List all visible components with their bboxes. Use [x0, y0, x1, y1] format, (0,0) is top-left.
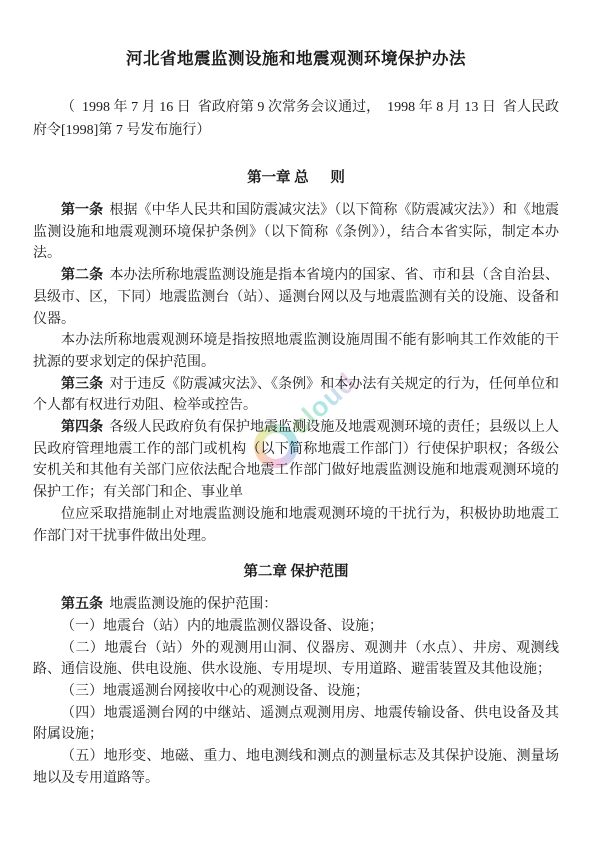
article-5-item-3: （三）地震遥测台网接收中心的观测设备、设施；: [33, 681, 559, 703]
preamble: （ 1998 年 7 月 16 日 省政府第 9 次常务会议通过， 1998 年…: [33, 96, 559, 142]
article-4-label: 第四条: [61, 420, 103, 435]
document-title: 河北省地震监测设施和地震观测环境保护办法: [33, 48, 559, 70]
article-1: 第一条根据《中华人民共和国防震减灾法》（以下简称《防震减灾法》）和《地震监测设施…: [33, 200, 559, 265]
article-5-item-1: （一）地震台（站）内的地震监测仪器设备、设施；: [33, 616, 559, 638]
article-3-text: 对于违反《防震减灾法》、《条例》和本办法有关规定的行为，任何单位和个人都有权进行…: [33, 377, 559, 414]
article-1-label: 第一条: [61, 203, 103, 218]
article-5-text: 地震监测设施的保护范围：: [109, 597, 277, 612]
article-2-label: 第二条: [61, 268, 103, 283]
article-1-text: 根据《中华人民共和国防震减灾法》（以下简称《防震减灾法》）和《地震监测设施和地震…: [33, 203, 559, 261]
article-5-label: 第五条: [61, 597, 103, 612]
document-page: cloud 河北省地震监测设施和地震观测环境保护办法 （ 1998 年 7 月 …: [0, 0, 595, 841]
article-2-paragraph-2: 本办法所称地震观测环境是指按照地震监测设施周围不能有影响其工作效能的干扰源的要求…: [33, 330, 559, 373]
article-3-label: 第三条: [61, 377, 103, 392]
article-2: 第二条本办法所称地震监测设施是指本省境内的国家、省、市和县（含自治县、县级市、区…: [33, 265, 559, 330]
article-5: 第五条地震监测设施的保护范围：: [33, 594, 559, 616]
article-2-text: 本办法所称地震监测设施是指本省境内的国家、省、市和县（含自治县、县级市、区，下同…: [33, 268, 559, 326]
chapter-2-heading: 第二章 保护范围: [33, 562, 559, 582]
article-5-item-2: （二）地震台（站）外的观测用山洞、仪器房、观测井（水点）、井房、观测线路、通信设…: [33, 638, 559, 681]
article-5-item-5: （五）地形变、地磁、重力、地电测线和测点的测量标志及其保护设施、测量场地以及专用…: [33, 746, 559, 789]
article-4: 第四条各级人民政府负有保护地震监测设施及地震观测环境的责任；县级以上人民政府管理…: [33, 417, 559, 504]
chapter-1-heading: 第一章 总 则: [33, 168, 559, 188]
article-4-text: 各级人民政府负有保护地震监测设施及地震观测环境的责任；县级以上人民政府管理地震工…: [33, 420, 559, 500]
article-5-item-4: （四）地震遥测台网的中继站、遥测点观测用房、地震传输设备、供电设备及其附属设施；: [33, 703, 559, 746]
article-4-paragraph-2: 位应采取措施制止对地震监测设施和地震观测环境的干扰行为，积极协助地震工作部门对干…: [33, 504, 559, 547]
article-3: 第三条对于违反《防震减灾法》、《条例》和本办法有关规定的行为，任何单位和个人都有…: [33, 374, 559, 417]
document-content: 河北省地震监测设施和地震观测环境保护办法 （ 1998 年 7 月 16 日 省…: [0, 0, 595, 790]
